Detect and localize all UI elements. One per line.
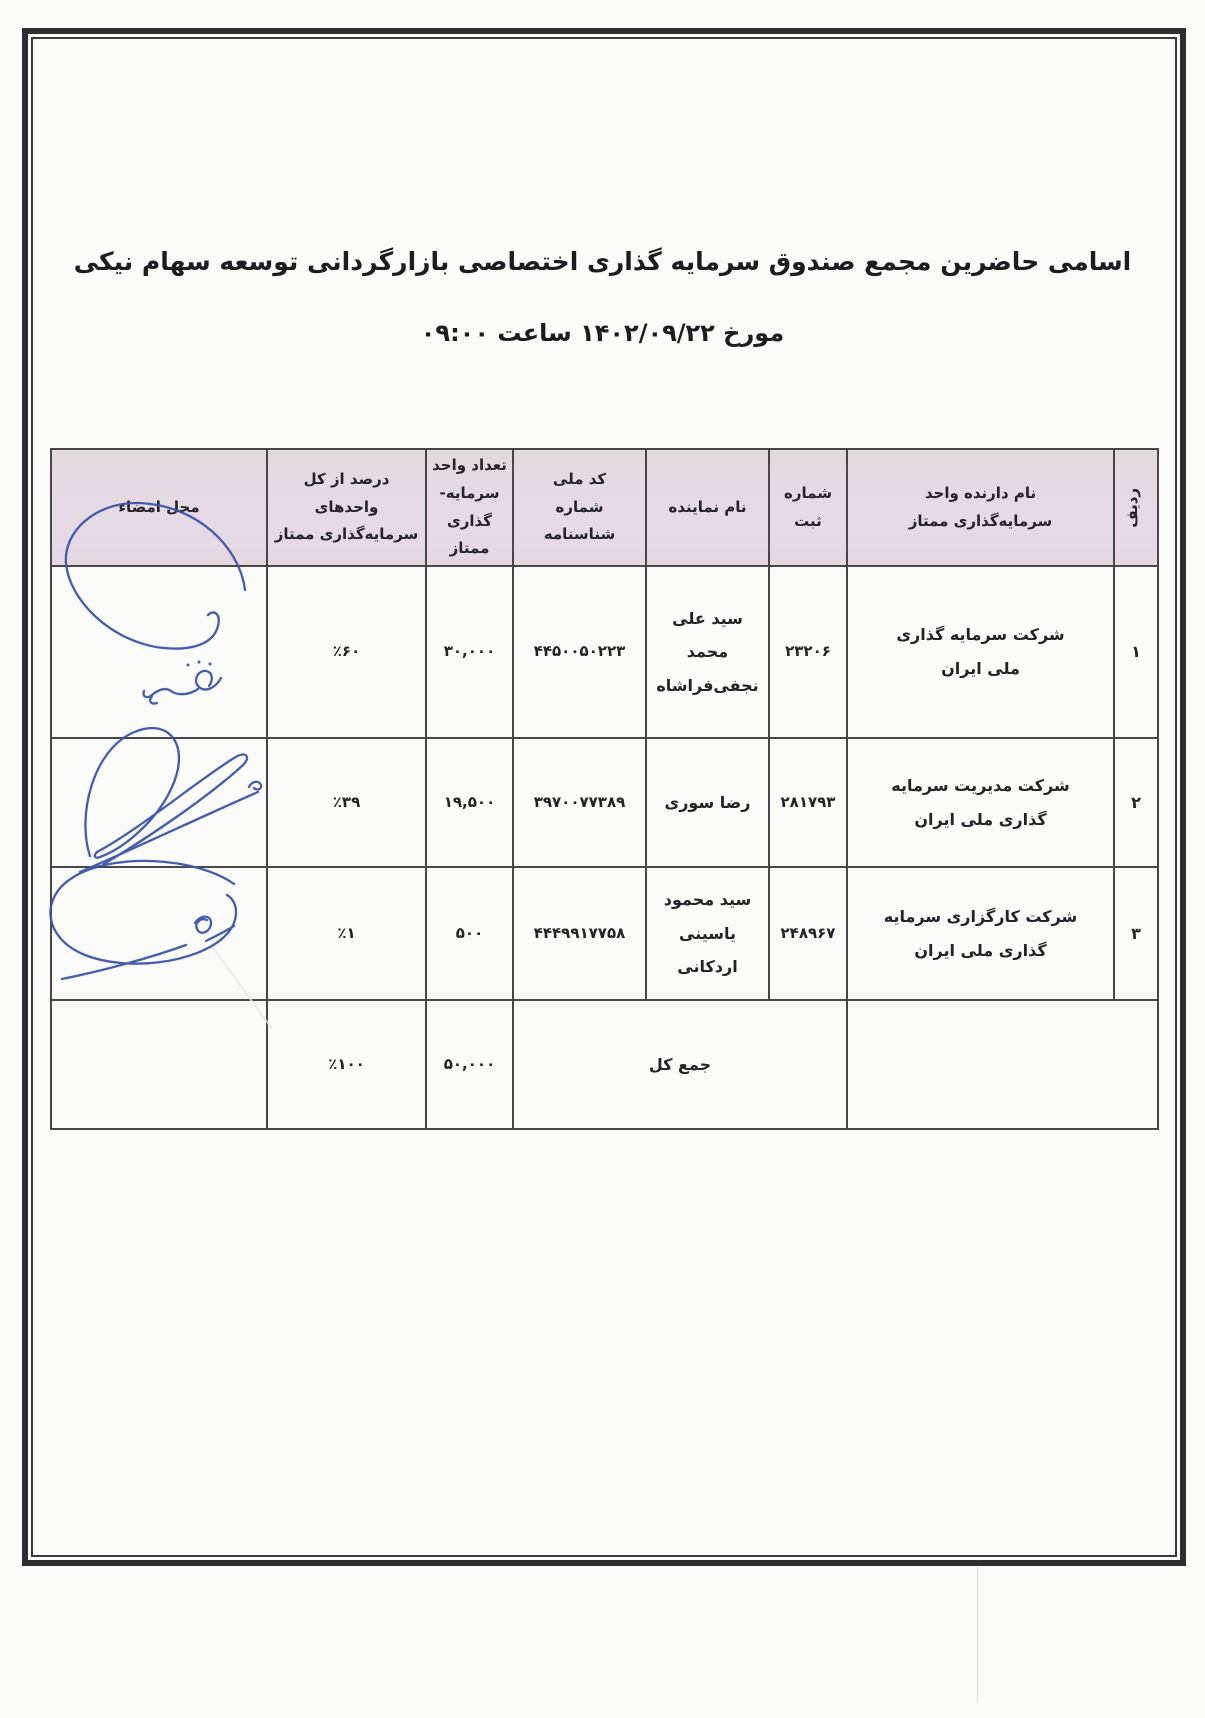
representative-line1: سید علی محمد [651,602,764,669]
header-holder-line1: نام دارنده واحد [852,480,1109,508]
cell-row-number: ۲ [1114,738,1158,867]
total-row: جمع کل ۵۰,۰۰۰ ٪۱۰۰ [51,1000,1158,1129]
table-row: ۱ شرکت سرمایه گذاری ملی ایران ۲۳۲۰۶ سید … [51,566,1158,738]
cell-units-count: ۱۹,۵۰۰ [426,738,513,867]
cell-registration-number: ۲۳۲۰۶ [769,566,847,738]
header-units-count: تعداد واحد سرمایه- گذاری ممتاز [426,449,513,566]
header-units-line1: تعداد واحد [431,452,508,480]
header-row-number: ردیف [1114,449,1158,566]
cell-percent: ٪۶۰ [267,566,426,738]
cell-representative-name: رضا سوری [646,738,769,867]
cell-representative-name: سید محمود یاسینی اردکانی [646,867,769,1000]
scanned-document-page: اسامی حاضرین مجمع صندوق سرمایه گذاری اخت… [0,0,1205,1718]
document-date-time: مورخ ۱۴۰۲/۰۹/۲۲ ساعت ۰۹:۰۰ [70,319,1135,347]
header-signature-label: محل امضاء [56,494,262,522]
header-representative-label: نام نماینده [651,494,764,522]
total-signature-empty [51,1000,267,1129]
scan-artifact-line [977,1567,978,1702]
header-registration-number: شماره ثبت [769,449,847,566]
cell-representative-name: سید علی محمد نجفی‌فراشاه [646,566,769,738]
header-national-id-line1: کد ملی [518,466,641,494]
cell-percent: ٪۳۹ [267,738,426,867]
table-row: ۲ شرکت مدیریت سرمایه گذاری ملی ایران ۲۸۱… [51,738,1158,867]
header-representative-name: نام نماینده [646,449,769,566]
header-percent-line2: سرمایه‌گذاری ممتاز [272,521,421,549]
holder-line2: ملی ایران [852,652,1109,686]
representative-line1: رضا سوری [651,786,764,820]
table-row: ۳ شرکت کارگزاری سرمایه گذاری ملی ایران ۲… [51,867,1158,1000]
cell-national-id: ۳۹۷۰۰۷۷۳۸۹ [513,738,646,867]
representative-line2: نجفی‌فراشاه [651,669,764,703]
header-percent-of-total: درصد از کل واحدهای سرمایه‌گذاری ممتاز [267,449,426,566]
cell-holder-name: شرکت کارگزاری سرمایه گذاری ملی ایران [847,867,1114,1000]
attendance-table: ردیف نام دارنده واحد سرمایه‌گذاری ممتاز … [50,448,1159,1130]
total-units: ۵۰,۰۰۰ [426,1000,513,1129]
header-holder-line2: سرمایه‌گذاری ممتاز [852,508,1109,536]
total-percent: ٪۱۰۰ [267,1000,426,1129]
cell-signature [51,566,267,738]
title-block: اسامی حاضرین مجمع صندوق سرمایه گذاری اخت… [70,246,1135,347]
table-header-row: ردیف نام دارنده واحد سرمایه‌گذاری ممتاز … [51,449,1158,566]
header-national-id-line2: شماره شناسنامه [518,494,641,550]
cell-row-number: ۱ [1114,566,1158,738]
cell-holder-name: شرکت مدیریت سرمایه گذاری ملی ایران [847,738,1114,867]
header-percent-line1: درصد از کل واحدهای [272,466,421,522]
header-units-line2: سرمایه- [431,480,508,508]
cell-holder-name: شرکت سرمایه گذاری ملی ایران [847,566,1114,738]
header-registration-label: شماره ثبت [774,480,842,536]
holder-line2: گذاری ملی ایران [852,934,1109,968]
cell-national-id: ۴۴۵۰۰۵۰۲۲۳ [513,566,646,738]
cell-registration-number: ۲۴۸۹۶۷ [769,867,847,1000]
holder-line1: شرکت کارگزاری سرمایه [852,900,1109,934]
cell-signature [51,738,267,867]
cell-registration-number: ۲۸۱۷۹۳ [769,738,847,867]
total-empty-right [847,1000,1158,1129]
cell-percent: ٪۱ [267,867,426,1000]
header-row-number-label: ردیف [1119,488,1147,528]
representative-line2: یاسینی اردکانی [651,917,764,984]
header-holder-name: نام دارنده واحد سرمایه‌گذاری ممتاز [847,449,1114,566]
holder-line2: گذاری ملی ایران [852,803,1109,837]
total-label: جمع کل [513,1000,847,1129]
header-units-line3: گذاری ممتاز [431,508,508,564]
cell-national-id: ۴۴۴۹۹۱۷۷۵۸ [513,867,646,1000]
representative-line1: سید محمود [651,883,764,917]
document-title: اسامی حاضرین مجمع صندوق سرمایه گذاری اخت… [70,246,1135,279]
holder-line1: شرکت سرمایه گذاری [852,618,1109,652]
cell-units-count: ۳۰,۰۰۰ [426,566,513,738]
cell-row-number: ۳ [1114,867,1158,1000]
header-signature-place: محل امضاء [51,449,267,566]
header-national-id: کد ملی شماره شناسنامه [513,449,646,566]
cell-units-count: ۵۰۰ [426,867,513,1000]
holder-line1: شرکت مدیریت سرمایه [852,769,1109,803]
